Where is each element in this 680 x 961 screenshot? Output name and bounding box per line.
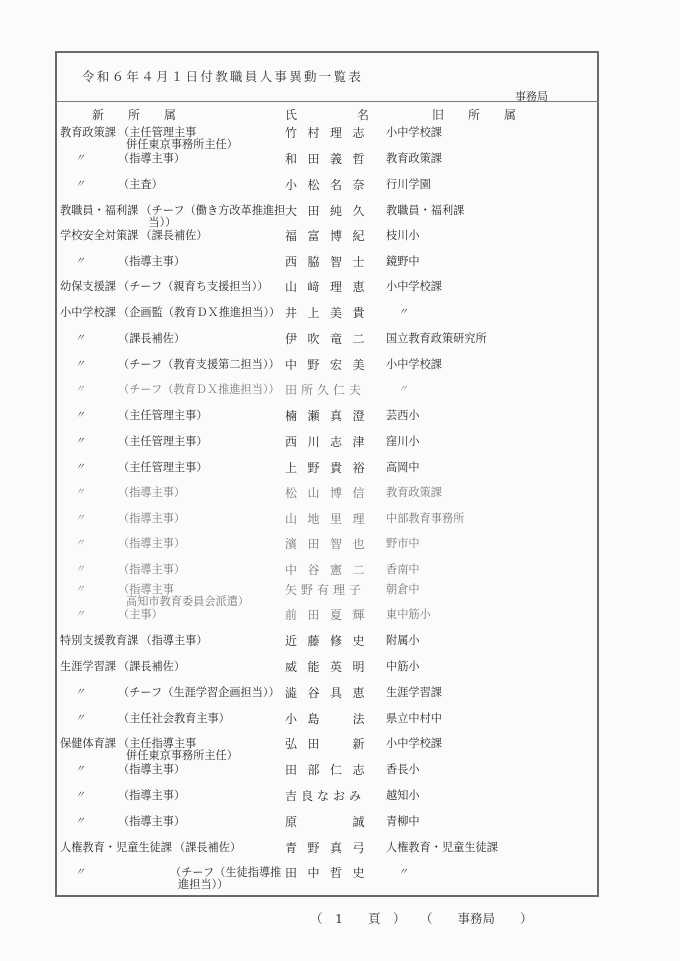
- new-position: （指導主事）: [118, 153, 185, 165]
- new-position: （主任管理主事併任東京事務所主任）: [118, 127, 238, 151]
- new-department: 〃: [75, 764, 85, 776]
- position-line-1: （主任管理主事）: [118, 435, 208, 448]
- column-header-old-affiliation: 旧 所 属: [432, 106, 516, 123]
- new-department: 〃: [75, 564, 85, 576]
- person-name: 山地里理: [285, 513, 375, 525]
- person-name: 西川志津: [285, 436, 375, 448]
- new-department: 〃: [75, 609, 85, 621]
- old-affiliation: 〃: [398, 384, 408, 396]
- new-position: （主査）: [118, 179, 163, 191]
- new-department: 幼保支援課: [60, 281, 116, 293]
- person-name: 山﨑理恵: [285, 281, 375, 293]
- footer-issuer: （ 事務局 ）: [420, 909, 533, 927]
- person-name: 竹村理志: [285, 127, 375, 139]
- new-department: 〃: [75, 867, 85, 879]
- person-name: 中谷憲二: [285, 564, 375, 576]
- new-department: 保健体育課: [60, 738, 116, 750]
- person-name: 田中哲史: [285, 867, 375, 879]
- position-line-1: （課長補佐）: [118, 332, 185, 345]
- person-name: 小島 法: [285, 713, 375, 725]
- new-department: 〃: [75, 538, 85, 550]
- new-department: 教職員・福利課: [60, 205, 138, 217]
- old-affiliation: 鏡野中: [386, 256, 420, 268]
- person-name: 上野貴裕: [285, 462, 375, 474]
- old-affiliation: 朝倉中: [386, 584, 420, 596]
- new-department: 教育政策課: [60, 127, 116, 139]
- new-department: 〃: [75, 513, 85, 525]
- person-name: 弘田 新: [285, 738, 375, 750]
- position-line-1: （指導主事）: [118, 537, 185, 550]
- new-department: 〃: [75, 359, 85, 371]
- new-position: （主任管理主事）: [118, 462, 208, 474]
- new-position: （指導主事）: [118, 764, 185, 776]
- new-department: 〃: [75, 713, 85, 725]
- person-name: 井上美貴: [285, 307, 375, 319]
- new-department: 〃: [75, 584, 85, 596]
- person-name: 田部仁志: [285, 764, 375, 776]
- old-affiliation: 行川学園: [386, 179, 431, 191]
- old-affiliation: 教職員・福利課: [386, 205, 464, 217]
- new-department: 〃: [75, 179, 85, 191]
- position-line-1: （チーフ（教育ＤＸ推進担当））: [118, 383, 280, 396]
- person-name: 小松名奈: [285, 179, 375, 191]
- new-department: 〃: [75, 384, 85, 396]
- new-department: 〃: [75, 816, 85, 828]
- new-position: （指導主事）: [118, 816, 185, 828]
- new-department: 学校安全対策課: [60, 230, 138, 242]
- new-department: 〃: [75, 462, 85, 474]
- person-name: 西脇智士: [285, 256, 375, 268]
- old-affiliation: 小中学校課: [386, 738, 442, 750]
- position-line-2: 併任東京事務所主任）: [118, 139, 238, 151]
- new-position: （指導主事）: [118, 513, 185, 525]
- new-position: （指導主事）: [118, 487, 185, 499]
- person-name: 楠瀬真澄: [285, 410, 375, 422]
- new-department: 〃: [75, 436, 85, 448]
- position-line-2: 当））: [140, 217, 285, 229]
- new-department: 小中学校課: [60, 307, 116, 319]
- position-line-1: （指導主事）: [118, 152, 185, 165]
- person-name: 吉良なおみ: [285, 790, 365, 802]
- person-name: 松山博信: [285, 487, 375, 499]
- new-department: 〃: [75, 487, 85, 499]
- position-line-1: （指導主事）: [118, 763, 185, 776]
- new-department: 特別支援教育課: [60, 635, 138, 647]
- person-name: 威能英明: [285, 661, 375, 673]
- column-header-name: 氏 名: [285, 106, 369, 123]
- person-name: 福富博紀: [285, 230, 375, 242]
- person-name: 近藤修史: [285, 635, 375, 647]
- person-name: 伊吹竜二: [285, 333, 375, 345]
- person-name: 青野真弓: [285, 842, 375, 854]
- old-affiliation: 中部教育事務所: [386, 513, 464, 525]
- old-affiliation: 国立教育政策研究所: [386, 333, 487, 345]
- new-position: （指導主事）: [118, 538, 185, 550]
- old-affiliation: 高岡中: [386, 462, 420, 474]
- page-number: （ 1 頁 ）: [310, 909, 405, 927]
- old-affiliation: 生涯学習課: [386, 687, 442, 699]
- new-department: 〃: [75, 790, 85, 802]
- new-department: 〃: [75, 687, 85, 699]
- position-line-1: （課長補佐）: [174, 841, 241, 854]
- old-affiliation: 附属小: [386, 635, 420, 647]
- old-affiliation: 県立中村中: [386, 713, 442, 725]
- position-line-1: （指導主事）: [118, 486, 185, 499]
- position-line-2: 高知市教育委員会派遣）: [118, 596, 249, 608]
- position-line-1: （指導主事）: [118, 512, 185, 525]
- new-position: （チーフ（教育支援第二担当））: [118, 359, 280, 371]
- new-position: （チーフ（教育ＤＸ推進担当））: [118, 384, 280, 396]
- old-affiliation: 小中学校課: [386, 127, 442, 139]
- old-affiliation: 野市中: [386, 538, 420, 550]
- new-position: （指導主事）: [118, 790, 185, 802]
- old-affiliation: 香長小: [386, 764, 420, 776]
- new-department: 生涯学習課: [60, 661, 116, 673]
- position-line-1: （指導主事）: [140, 634, 207, 647]
- new-position: （課長補佐）: [140, 230, 207, 242]
- new-position: （チーフ（生涯学習企画担当））: [118, 687, 280, 699]
- new-position: （指導主事）: [140, 635, 207, 647]
- old-affiliation: 香南中: [386, 564, 420, 576]
- old-affiliation: 教育政策課: [386, 153, 442, 165]
- person-name: 前田夏輝: [285, 609, 375, 621]
- position-line-1: （指導主事）: [118, 815, 185, 828]
- old-affiliation: 小中学校課: [386, 359, 442, 371]
- new-department: 〃: [75, 333, 85, 345]
- position-line-1: （企画監（教育ＤＸ推進担当））: [118, 306, 280, 319]
- old-affiliation: 窪川小: [386, 436, 420, 448]
- new-position: （指導主事高知市教育委員会派遣）: [118, 584, 249, 608]
- old-affiliation: 〃: [398, 307, 408, 319]
- position-line-1: （指導主事）: [118, 563, 185, 576]
- position-line-1: （課長補佐）: [118, 660, 185, 673]
- old-affiliation: 教育政策課: [386, 487, 442, 499]
- old-affiliation: 東中筋小: [386, 609, 431, 621]
- new-position: （課長補佐）: [118, 333, 185, 345]
- old-affiliation: 小中学校課: [386, 281, 442, 293]
- new-position: （チーフ（親育ち支援担当））: [118, 281, 268, 293]
- old-affiliation: 芸西小: [386, 410, 420, 422]
- new-position: （主事）: [118, 609, 163, 621]
- old-affiliation: 枝川小: [386, 230, 420, 242]
- new-position: （主任管理主事）: [118, 410, 208, 422]
- new-position: （指導主事）: [118, 256, 185, 268]
- position-line-1: （チーフ（親育ち支援担当））: [118, 280, 268, 293]
- position-line-1: （チーフ（教育支援第二担当））: [118, 358, 280, 371]
- new-position: （企画監（教育ＤＸ推進担当））: [118, 307, 280, 319]
- position-line-1: （主査）: [118, 178, 163, 191]
- position-line-1: （課長補佐）: [140, 229, 207, 242]
- position-line-1: （主任管理主事）: [118, 461, 208, 474]
- new-position: （チーフ（生徒指導推進担当））: [170, 867, 281, 891]
- position-line-1: （指導主事）: [118, 255, 185, 268]
- new-position: （主任社会教育主事）: [118, 713, 230, 725]
- new-department: 〃: [75, 153, 85, 165]
- old-affiliation: 人権教育・児童生徒課: [386, 842, 498, 854]
- person-name: 田所久仁夫: [285, 384, 365, 396]
- old-affiliation: 〃: [398, 867, 408, 879]
- person-name: 中野宏美: [285, 359, 375, 371]
- position-line-1: （主事）: [118, 608, 163, 621]
- person-name: 大田純久: [285, 205, 375, 217]
- new-position: （チーフ（働き方改革推進担当））: [140, 205, 285, 229]
- person-name: 澁谷具恵: [285, 687, 375, 699]
- old-affiliation: 青柳中: [386, 816, 420, 828]
- new-position: （主任指導主事併任東京事務所主任）: [118, 738, 238, 762]
- position-line-1: （チーフ（生涯学習企画担当））: [118, 686, 280, 699]
- issuer-label: 事務局: [515, 88, 548, 104]
- position-line-1: （指導主事）: [118, 789, 185, 802]
- person-name: 矢野有理子: [285, 584, 365, 596]
- person-name: 原 誠: [285, 816, 375, 828]
- new-position: （主任管理主事）: [118, 436, 208, 448]
- new-position: （課長補佐）: [118, 661, 185, 673]
- position-line-2: 併任東京事務所主任）: [118, 750, 238, 762]
- old-affiliation: 中筋小: [386, 661, 420, 673]
- new-department: 人権教育・児童生徒課: [60, 842, 172, 854]
- new-department: 〃: [75, 410, 85, 422]
- new-department: 〃: [75, 256, 85, 268]
- position-line-2: 進担当））: [170, 879, 281, 891]
- old-affiliation: 越知小: [386, 790, 420, 802]
- person-name: 和田義哲: [285, 153, 375, 165]
- column-header-new-affiliation: 新 所 属: [92, 106, 176, 123]
- position-line-1: （主任社会教育主事）: [118, 712, 230, 725]
- new-position: （指導主事）: [118, 564, 185, 576]
- position-line-1: （主任管理主事）: [118, 409, 208, 422]
- document-title: 令和６年４月１日付教職員人事異動一覧表: [82, 67, 363, 85]
- person-name: 濱田智也: [285, 538, 375, 550]
- new-position: （課長補佐）: [174, 842, 241, 854]
